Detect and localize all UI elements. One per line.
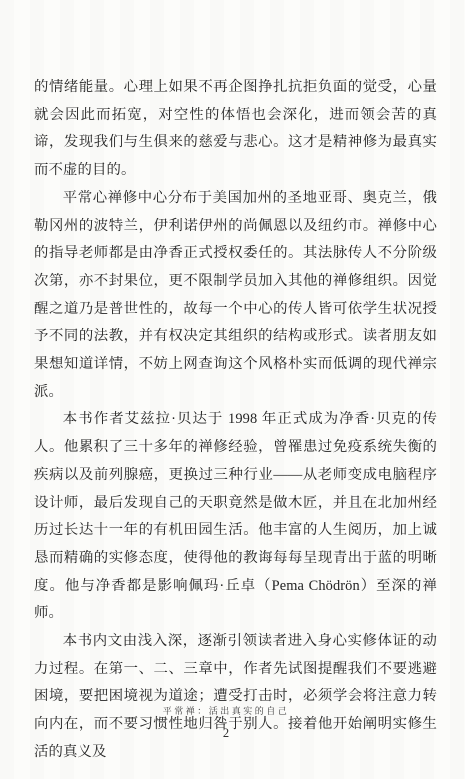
paragraph-author-bio: 本书作者艾兹拉·贝达于 1998 年正式成为净香·贝克的传人。他累积了三十多年的… bbox=[34, 406, 437, 628]
book-page: 的情绪能量。心理上如果不再企图挣扎抗拒负面的觉受，心量就会因此而拓宽，对空性的体… bbox=[0, 0, 465, 779]
paragraph-meditation-centers: 平常心禅修中心分布于美国加州的圣地亚哥、奥克兰，俄勒冈州的波特兰，伊利诺伊州的尚… bbox=[34, 185, 437, 407]
paragraph-book-overview: 本书内文由浅入深，逐渐引领读者进入身心实修体证的动力过程。在第一、二、三章中，作… bbox=[34, 628, 437, 767]
running-title: 平常禅：活出真实的自己 bbox=[0, 705, 452, 717]
page-number: 2 bbox=[0, 727, 452, 740]
paragraph-continuation: 的情绪能量。心理上如果不再企图挣扎抗拒负面的觉受，心量就会因此而拓宽，对空性的体… bbox=[34, 74, 437, 185]
page-text-block: 的情绪能量。心理上如果不再企图挣扎抗拒负面的觉受，心量就会因此而拓宽，对空性的体… bbox=[34, 74, 437, 767]
page-footer: 平常禅：活出真实的自己 2 bbox=[0, 705, 452, 740]
